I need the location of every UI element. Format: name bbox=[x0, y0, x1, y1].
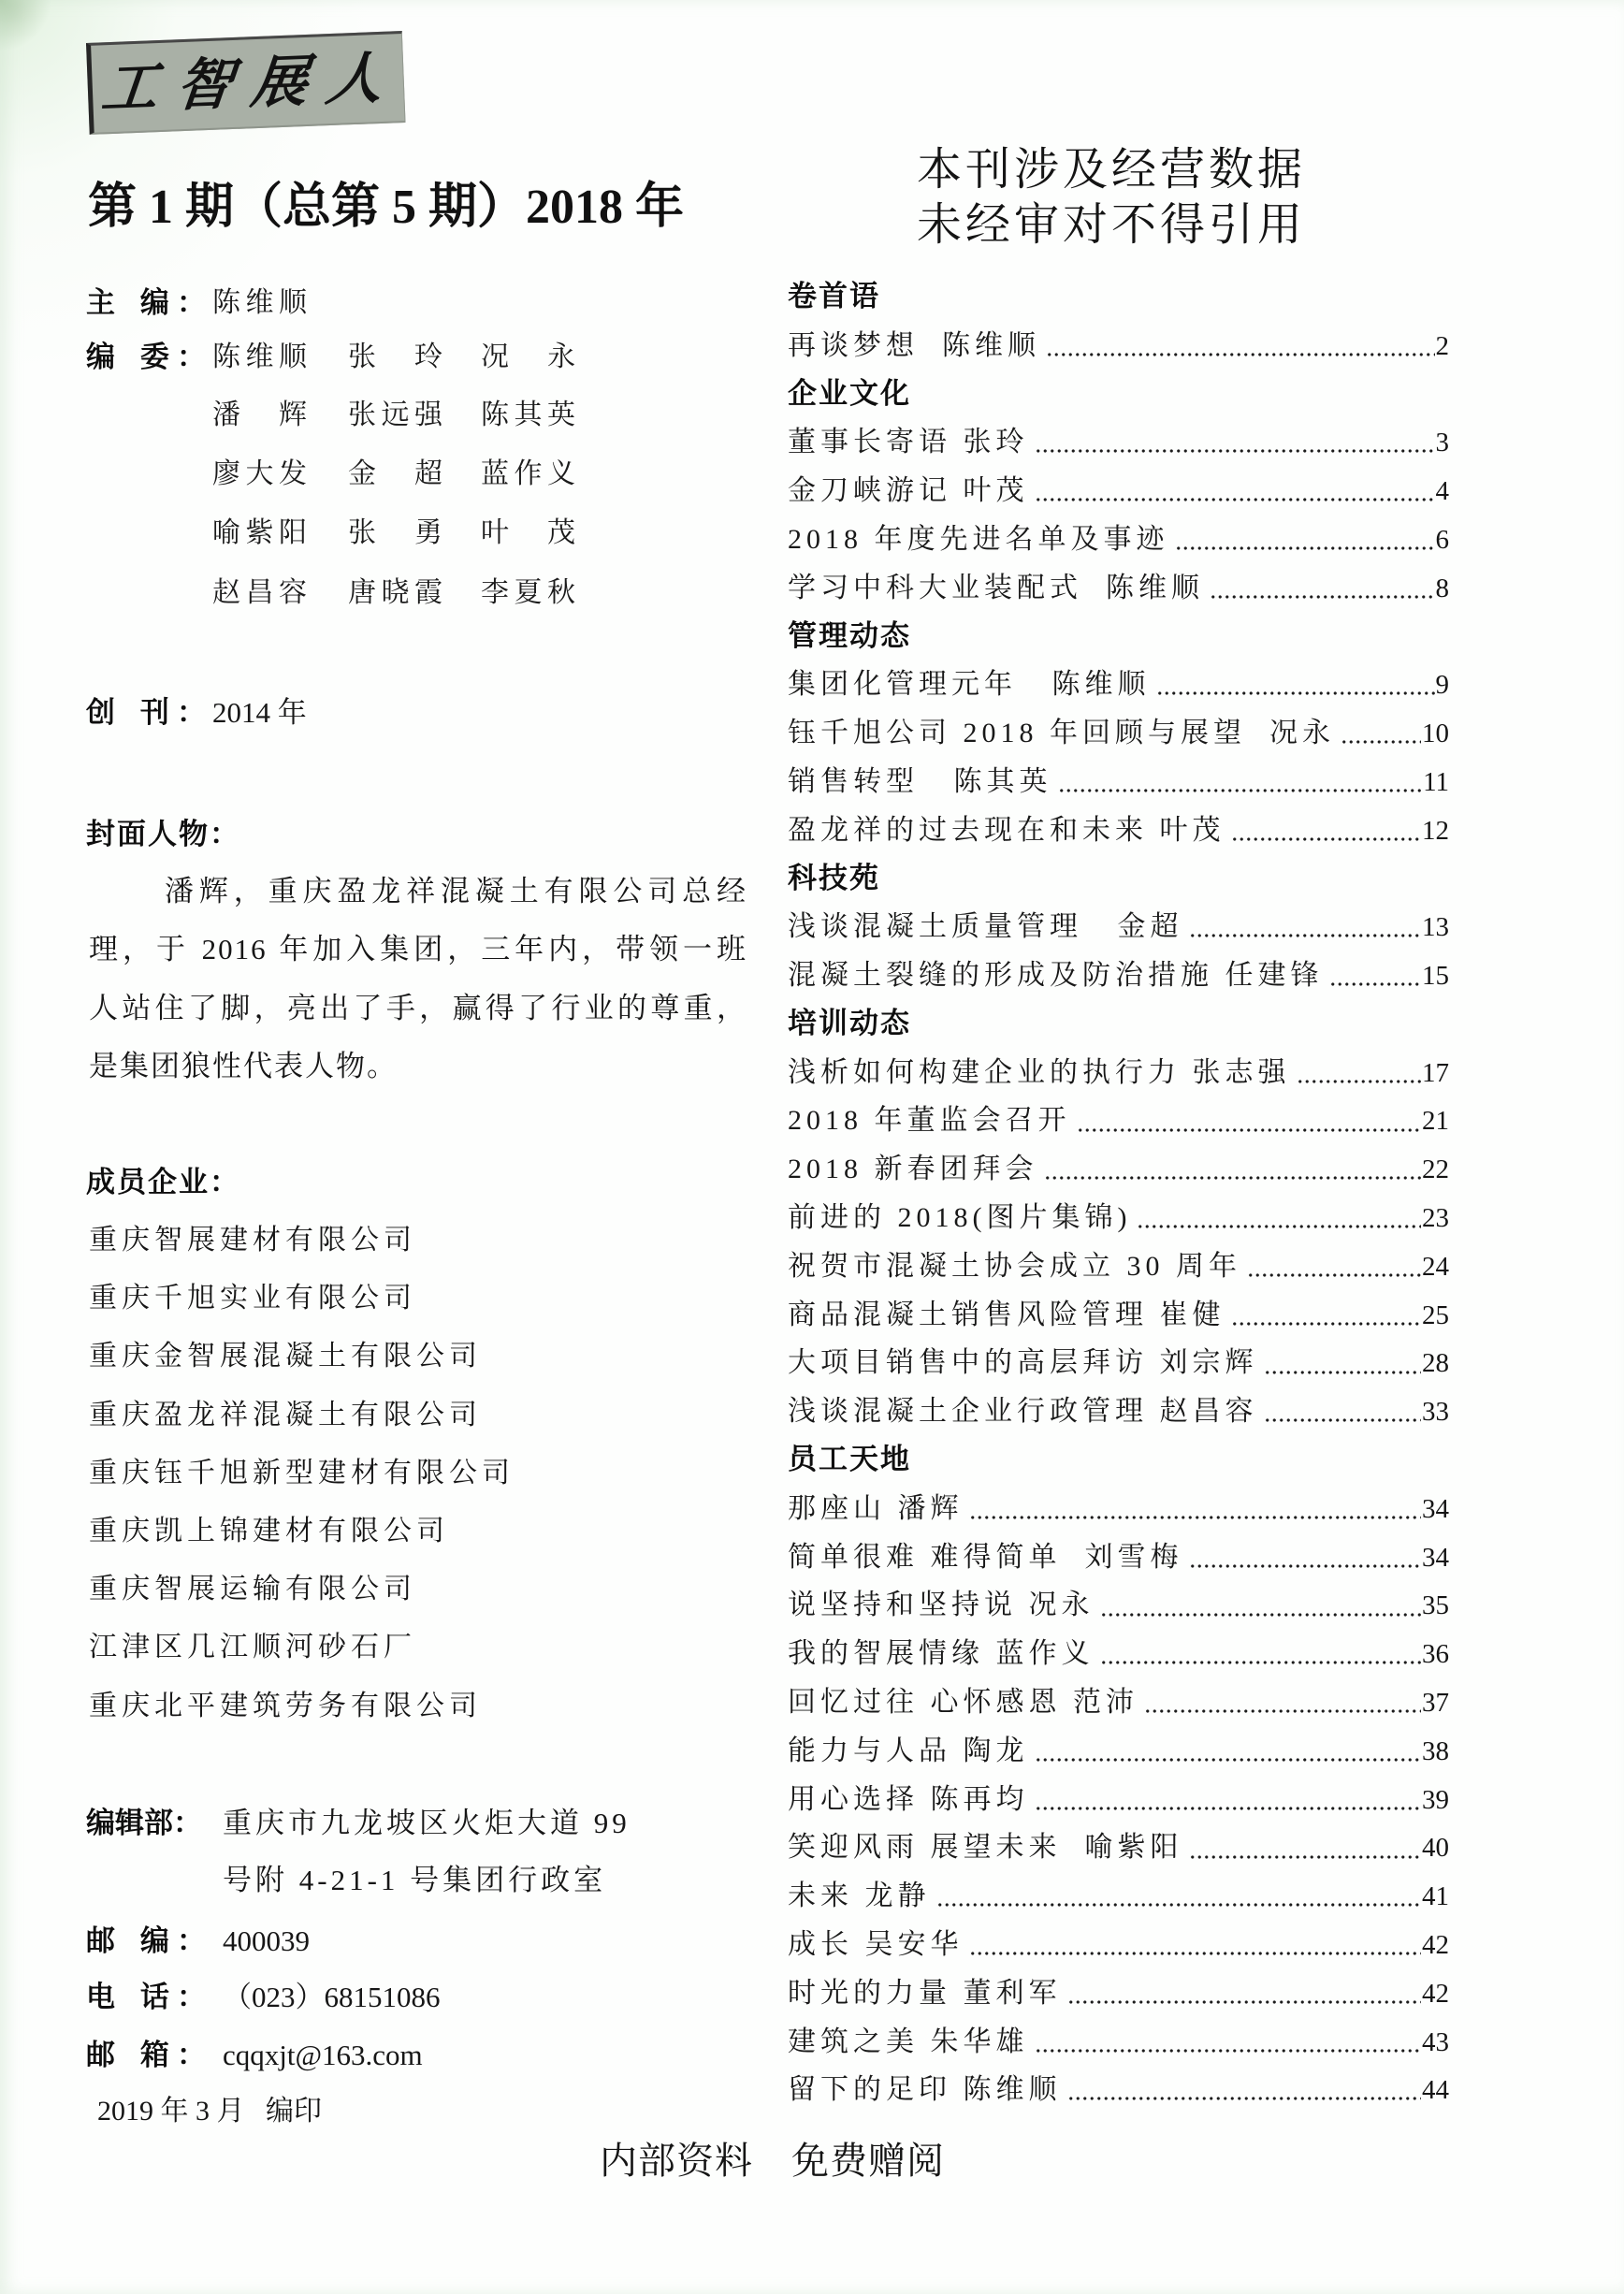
toc-entry: 集团化管理元年 陈维顺9 bbox=[788, 661, 1449, 709]
dot-leader bbox=[1189, 1824, 1422, 1873]
toc-entry-page: 42 bbox=[1422, 1926, 1449, 1964]
dot-leader bbox=[1077, 1097, 1422, 1146]
notice-line: 本刊涉及经营数据 bbox=[917, 142, 1306, 197]
cover-person-text-line: 是集团狼性代表人物。 bbox=[89, 1048, 747, 1085]
dot-leader bbox=[1210, 564, 1435, 613]
dot-leader bbox=[1137, 1194, 1421, 1242]
toc-entry-title: 回忆过往 心怀感恩 范沛 bbox=[788, 1684, 1138, 1721]
toc-entry-title: 我的智展情缘 蓝作义 bbox=[788, 1635, 1095, 1673]
toc-entry-page: 44 bbox=[1422, 2071, 1449, 2109]
toc-entry-page: 37 bbox=[1422, 1684, 1449, 1721]
toc-entry: 金刀峡游记 叶茂4 bbox=[788, 467, 1449, 515]
toc-entry-title: 笑迎风雨 展望未来 喻紫阳 bbox=[788, 1829, 1183, 1866]
dot-leader bbox=[1044, 1145, 1422, 1194]
editorial-board-label: 编 委： bbox=[86, 339, 206, 376]
member-company: 重庆智展建材有限公司 bbox=[89, 1212, 650, 1270]
toc-entry: 回忆过往 心怀感恩 范沛37 bbox=[788, 1678, 1449, 1727]
toc-entry-page: 35 bbox=[1422, 1587, 1449, 1624]
toc-entry: 时光的力量 董利军42 bbox=[788, 1969, 1449, 2018]
dot-leader bbox=[1247, 1242, 1421, 1291]
toc-entry-page: 15 bbox=[1422, 957, 1449, 995]
toc-entry-page: 8 bbox=[1436, 570, 1450, 607]
dot-leader bbox=[1067, 1969, 1422, 2018]
toc-entry: 商品混凝土销售风险管理 崔健25 bbox=[788, 1291, 1449, 1340]
board-member: 潘 辉 bbox=[212, 397, 308, 434]
toc-entry-title: 简单很难 难得简单 刘雪梅 bbox=[788, 1539, 1183, 1576]
table-of-contents: 卷首语 再谈梦想 陈维顺2 企业文化 董事长寄语 张玲3 金刀峡游记 叶茂4 2… bbox=[788, 273, 1449, 2114]
board-member: 喻紫阳 bbox=[212, 515, 308, 552]
toc-entry: 未来 龙静41 bbox=[788, 1872, 1449, 1921]
toc-entry-page: 41 bbox=[1422, 1878, 1449, 1915]
toc-entry: 盈龙祥的过去现在和未来 叶茂12 bbox=[788, 806, 1449, 855]
toc-entry: 说坚持和坚持说 况永35 bbox=[788, 1582, 1449, 1631]
toc-entry-title: 能力与人品 陶龙 bbox=[788, 1733, 1029, 1770]
chief-editor-row: 主 编： 陈维顺 bbox=[0, 284, 748, 322]
footer-note: 内部资料 免费赠阅 bbox=[600, 2138, 945, 2185]
board-member: 唐晓霞 bbox=[348, 574, 443, 612]
toc-entry-title: 说坚持和坚持说 况永 bbox=[788, 1587, 1095, 1624]
email-value: cqqxjt@163.com bbox=[223, 2037, 423, 2074]
member-company: 重庆钰千旭新型建材有限公司 bbox=[89, 1445, 650, 1503]
toc-entry-title: 盈龙祥的过去现在和未来 叶茂 bbox=[788, 812, 1225, 849]
editorial-dept-address: 重庆市九龙坡区火炬大道 99 bbox=[223, 1805, 631, 1842]
phone-label: 电 话： bbox=[86, 1979, 206, 2016]
toc-entry-title: 那座山 潘辉 bbox=[788, 1490, 964, 1528]
toc-entry-page: 17 bbox=[1422, 1054, 1449, 1092]
dot-leader bbox=[969, 1921, 1422, 1969]
editorial-board-row: 赵昌容 唐晓霞 李夏秋 bbox=[0, 574, 748, 612]
toc-entry-page: 3 bbox=[1436, 424, 1450, 461]
member-company: 重庆北平建筑劳务有限公司 bbox=[89, 1677, 650, 1735]
board-member: 陈维顺 bbox=[212, 339, 308, 376]
toc-entry: 笑迎风雨 展望未来 喻紫阳40 bbox=[788, 1824, 1449, 1873]
dot-leader bbox=[1329, 951, 1422, 1000]
toc-entry: 能力与人品 陶龙38 bbox=[788, 1727, 1449, 1776]
toc-entry: 学习中科大业装配式 陈维顺8 bbox=[788, 564, 1449, 613]
editorial-dept-address: 号附 4-21-1 号集团行政室 bbox=[223, 1862, 606, 1899]
editorial-board-row: 潘 辉 张远强 陈其英 bbox=[0, 397, 748, 434]
toc-entry-page: 38 bbox=[1422, 1733, 1449, 1770]
toc-entry-page: 13 bbox=[1422, 908, 1449, 946]
toc-entry-title: 钰千旭公司 2018 年回顾与展望 况永 bbox=[788, 715, 1335, 752]
dot-leader bbox=[1035, 1776, 1422, 1824]
board-member: 叶 茂 bbox=[481, 515, 576, 552]
toc-entry-page: 12 bbox=[1422, 812, 1449, 849]
member-companies-heading: 成员企业： bbox=[86, 1164, 240, 1201]
dot-leader bbox=[1156, 661, 1435, 709]
logo-text: 工智展人 bbox=[98, 39, 405, 128]
toc-section-heading: 科技苑 bbox=[788, 855, 1449, 904]
dot-leader bbox=[1189, 903, 1422, 951]
dot-leader bbox=[1144, 1678, 1421, 1727]
toc-entry-page: 34 bbox=[1422, 1539, 1449, 1576]
toc-entry: 2018 年董监会召开21 bbox=[788, 1097, 1449, 1146]
toc-entry-title: 2018 年董监会召开 bbox=[788, 1102, 1071, 1140]
dot-leader bbox=[1297, 1049, 1422, 1097]
cover-person-text-line: 理，于 2016 年加入集团，三年内，带领一班 bbox=[89, 931, 747, 968]
toc-entry-page: 43 bbox=[1422, 2024, 1449, 2061]
toc-entry-page: 33 bbox=[1422, 1393, 1449, 1430]
toc-entry-page: 10 bbox=[1422, 715, 1449, 752]
toc-entry-title: 混凝土裂缝的形成及防治措施 任建锋 bbox=[788, 957, 1324, 995]
toc-entry: 浅析如何构建企业的执行力 张志强17 bbox=[788, 1049, 1449, 1097]
toc-entry-title: 浅谈混凝土企业行政管理 赵昌容 bbox=[788, 1393, 1258, 1430]
board-member: 张远强 bbox=[348, 397, 443, 434]
cover-person-text-line: 潘辉，重庆盈龙祥混凝土有限公司总经 bbox=[165, 873, 747, 910]
toc-entry: 销售转型 陈其英11 bbox=[788, 758, 1449, 806]
toc-entry-page: 24 bbox=[1422, 1248, 1449, 1285]
toc-entry: 用心选择 陈再均39 bbox=[788, 1776, 1449, 1824]
toc-entry-page: 4 bbox=[1436, 472, 1450, 510]
board-member: 况 永 bbox=[481, 339, 576, 376]
toc-entry: 浅谈混凝土质量管理 金超13 bbox=[788, 903, 1449, 951]
toc-entry-page: 22 bbox=[1422, 1151, 1449, 1188]
dot-leader bbox=[1100, 1630, 1422, 1678]
toc-entry: 那座山 潘辉34 bbox=[788, 1485, 1449, 1533]
chief-editor-name: 陈维顺 bbox=[212, 284, 308, 322]
toc-entry: 建筑之美 朱华雄43 bbox=[788, 2018, 1449, 2067]
dot-leader bbox=[1035, 418, 1435, 467]
dot-leader bbox=[1264, 1340, 1422, 1388]
toc-entry-page: 2 bbox=[1436, 327, 1450, 365]
editorial-board-row: 廖大发 金 超 蓝作义 bbox=[0, 456, 748, 493]
dot-leader bbox=[1175, 515, 1435, 564]
member-company: 重庆智展运输有限公司 bbox=[89, 1561, 650, 1619]
member-company: 重庆盈龙祥混凝土有限公司 bbox=[89, 1387, 650, 1445]
toc-entry-page: 42 bbox=[1422, 1975, 1449, 2012]
dot-leader bbox=[1035, 467, 1435, 515]
toc-entry-title: 浅谈混凝土质量管理 金超 bbox=[788, 908, 1183, 946]
toc-entry-title: 未来 龙静 bbox=[788, 1878, 931, 1915]
toc-entry-title: 大项目销售中的高层拜访 刘宗辉 bbox=[788, 1344, 1258, 1382]
dot-leader bbox=[1231, 1291, 1422, 1340]
toc-entry-title: 前进的 2018(图片集锦) bbox=[788, 1199, 1131, 1237]
board-member: 赵昌容 bbox=[212, 574, 308, 612]
toc-entry-title: 时光的力量 董利军 bbox=[788, 1975, 1062, 2012]
toc-entry-title: 金刀峡游记 叶茂 bbox=[788, 472, 1029, 510]
member-company-list: 重庆智展建材有限公司 重庆千旭实业有限公司 重庆金智展混凝土有限公司 重庆盈龙祥… bbox=[89, 1212, 650, 1735]
toc-entry: 再谈梦想 陈维顺2 bbox=[788, 322, 1449, 370]
founded-label: 创 刊： bbox=[86, 694, 206, 732]
board-member: 张 勇 bbox=[348, 515, 443, 552]
toc-entry: 前进的 2018(图片集锦)23 bbox=[788, 1194, 1449, 1242]
postcode-label: 邮 编： bbox=[86, 1923, 206, 1960]
notice-line: 未经审对不得引用 bbox=[917, 197, 1306, 253]
cover-person-heading: 封面人物： bbox=[86, 816, 240, 853]
print-date: 2019 年 3 月 编印 bbox=[97, 2093, 322, 2130]
toc-entry-title: 2018 年度先进名单及事迹 bbox=[788, 521, 1169, 559]
magazine-logo: 工智展人 bbox=[86, 31, 406, 135]
board-member: 廖大发 bbox=[212, 456, 308, 493]
dot-leader bbox=[1264, 1387, 1422, 1436]
toc-entry-title: 商品混凝土销售风险管理 崔健 bbox=[788, 1297, 1225, 1334]
toc-entry-title: 学习中科大业装配式 陈维顺 bbox=[788, 570, 1204, 607]
toc-section-heading: 企业文化 bbox=[788, 370, 1449, 419]
toc-entry-page: 39 bbox=[1422, 1781, 1449, 1819]
toc-entry: 简单很难 难得简单 刘雪梅34 bbox=[788, 1533, 1449, 1582]
toc-entry-title: 用心选择 陈再均 bbox=[788, 1781, 1029, 1819]
editorial-dept-label: 编辑部： bbox=[86, 1805, 202, 1842]
founded-row: 创 刊： 2014 年 bbox=[0, 694, 748, 732]
dot-leader bbox=[1046, 322, 1435, 370]
toc-entry: 浅谈混凝土企业行政管理 赵昌容33 bbox=[788, 1387, 1449, 1436]
toc-entry: 混凝土裂缝的形成及防治措施 任建锋15 bbox=[788, 951, 1449, 1000]
board-member: 金 超 bbox=[348, 456, 443, 493]
toc-entry: 钰千旭公司 2018 年回顾与展望 况永10 bbox=[788, 709, 1449, 758]
toc-entry-page: 28 bbox=[1422, 1344, 1449, 1382]
board-member: 陈其英 bbox=[481, 397, 576, 434]
toc-entry-title: 2018 新春团拜会 bbox=[788, 1151, 1038, 1188]
editorial-board-row: 编 委： 陈维顺 张 玲 况 永 bbox=[0, 339, 748, 376]
dot-leader bbox=[1231, 806, 1422, 855]
issue-title: 第 1 期（总第 5 期）2018 年 bbox=[88, 178, 684, 238]
toc-entry: 董事长寄语 张玲3 bbox=[788, 418, 1449, 467]
toc-entry-title: 建筑之美 朱华雄 bbox=[788, 2024, 1029, 2061]
toc-entry: 2018 新春团拜会22 bbox=[788, 1145, 1449, 1194]
chief-editor-label: 主 编： bbox=[86, 284, 206, 322]
dot-leader bbox=[1100, 1582, 1422, 1631]
member-company: 重庆凯上锦建材有限公司 bbox=[89, 1503, 650, 1561]
postcode-value: 400039 bbox=[223, 1923, 310, 1960]
editorial-board-row: 喻紫阳 张 勇 叶 茂 bbox=[0, 515, 748, 552]
dot-leader bbox=[1058, 758, 1423, 806]
dot-leader bbox=[1035, 2018, 1422, 2067]
toc-entry: 大项目销售中的高层拜访 刘宗辉28 bbox=[788, 1340, 1449, 1388]
board-member: 蓝作义 bbox=[481, 456, 576, 493]
toc-entry-page: 34 bbox=[1422, 1490, 1449, 1528]
toc-entry: 祝贺市混凝土协会成立 30 周年24 bbox=[788, 1242, 1449, 1291]
cover-person-text-line: 人站住了脚，亮出了手，赢得了行业的尊重， bbox=[89, 990, 747, 1027]
board-member: 张 玲 bbox=[348, 339, 443, 376]
toc-section-heading: 培训动态 bbox=[788, 1000, 1449, 1049]
toc-entry-title: 留下的足印 陈维顺 bbox=[788, 2071, 1062, 2109]
dot-leader bbox=[1067, 2066, 1422, 2114]
member-company: 重庆千旭实业有限公司 bbox=[89, 1270, 650, 1328]
toc-entry-title: 集团化管理元年 陈维顺 bbox=[788, 666, 1151, 704]
dot-leader bbox=[1035, 1727, 1422, 1776]
toc-section-heading: 管理动态 bbox=[788, 613, 1449, 661]
toc-entry-page: 23 bbox=[1422, 1199, 1449, 1237]
dot-leader bbox=[969, 1485, 1422, 1533]
toc-entry-page: 21 bbox=[1422, 1102, 1449, 1140]
toc-entry-title: 浅析如何构建企业的执行力 张志强 bbox=[788, 1054, 1291, 1092]
toc-entry-title: 成长 吴安华 bbox=[788, 1926, 964, 1964]
toc-entry: 我的智展情缘 蓝作义36 bbox=[788, 1630, 1449, 1678]
toc-entry-page: 9 bbox=[1436, 666, 1450, 704]
dot-leader bbox=[936, 1872, 1422, 1921]
toc-entry-title: 再谈梦想 陈维顺 bbox=[788, 327, 1040, 365]
member-company: 江津区几江顺河砂石厂 bbox=[89, 1619, 650, 1677]
toc-entry: 留下的足印 陈维顺44 bbox=[788, 2066, 1449, 2114]
confidentiality-notice: 本刊涉及经营数据 未经审对不得引用 bbox=[917, 142, 1306, 253]
toc-entry: 2018 年度先进名单及事迹6 bbox=[788, 515, 1449, 564]
toc-entry-title: 祝贺市混凝土协会成立 30 周年 bbox=[788, 1248, 1241, 1285]
dot-leader bbox=[1341, 709, 1421, 758]
toc-entry: 成长 吴安华42 bbox=[788, 1921, 1449, 1969]
toc-section-heading: 员工天地 bbox=[788, 1436, 1449, 1485]
dot-leader bbox=[1189, 1533, 1422, 1582]
toc-entry-page: 25 bbox=[1422, 1297, 1449, 1334]
board-member: 李夏秋 bbox=[481, 574, 576, 612]
toc-entry-title: 董事长寄语 张玲 bbox=[788, 424, 1029, 461]
toc-section-heading: 卷首语 bbox=[788, 273, 1449, 322]
toc-entry-page: 36 bbox=[1422, 1635, 1449, 1673]
toc-entry-page: 40 bbox=[1422, 1829, 1449, 1866]
email-label: 邮 箱： bbox=[86, 2037, 206, 2074]
founded-year: 2014 年 bbox=[212, 694, 307, 732]
toc-entry-page: 6 bbox=[1436, 521, 1450, 559]
toc-entry-title: 销售转型 陈其英 bbox=[788, 763, 1052, 801]
toc-entry-page: 11 bbox=[1423, 763, 1449, 801]
member-company: 重庆金智展混凝土有限公司 bbox=[89, 1328, 650, 1386]
phone-value: （023）68151086 bbox=[223, 1979, 441, 2016]
